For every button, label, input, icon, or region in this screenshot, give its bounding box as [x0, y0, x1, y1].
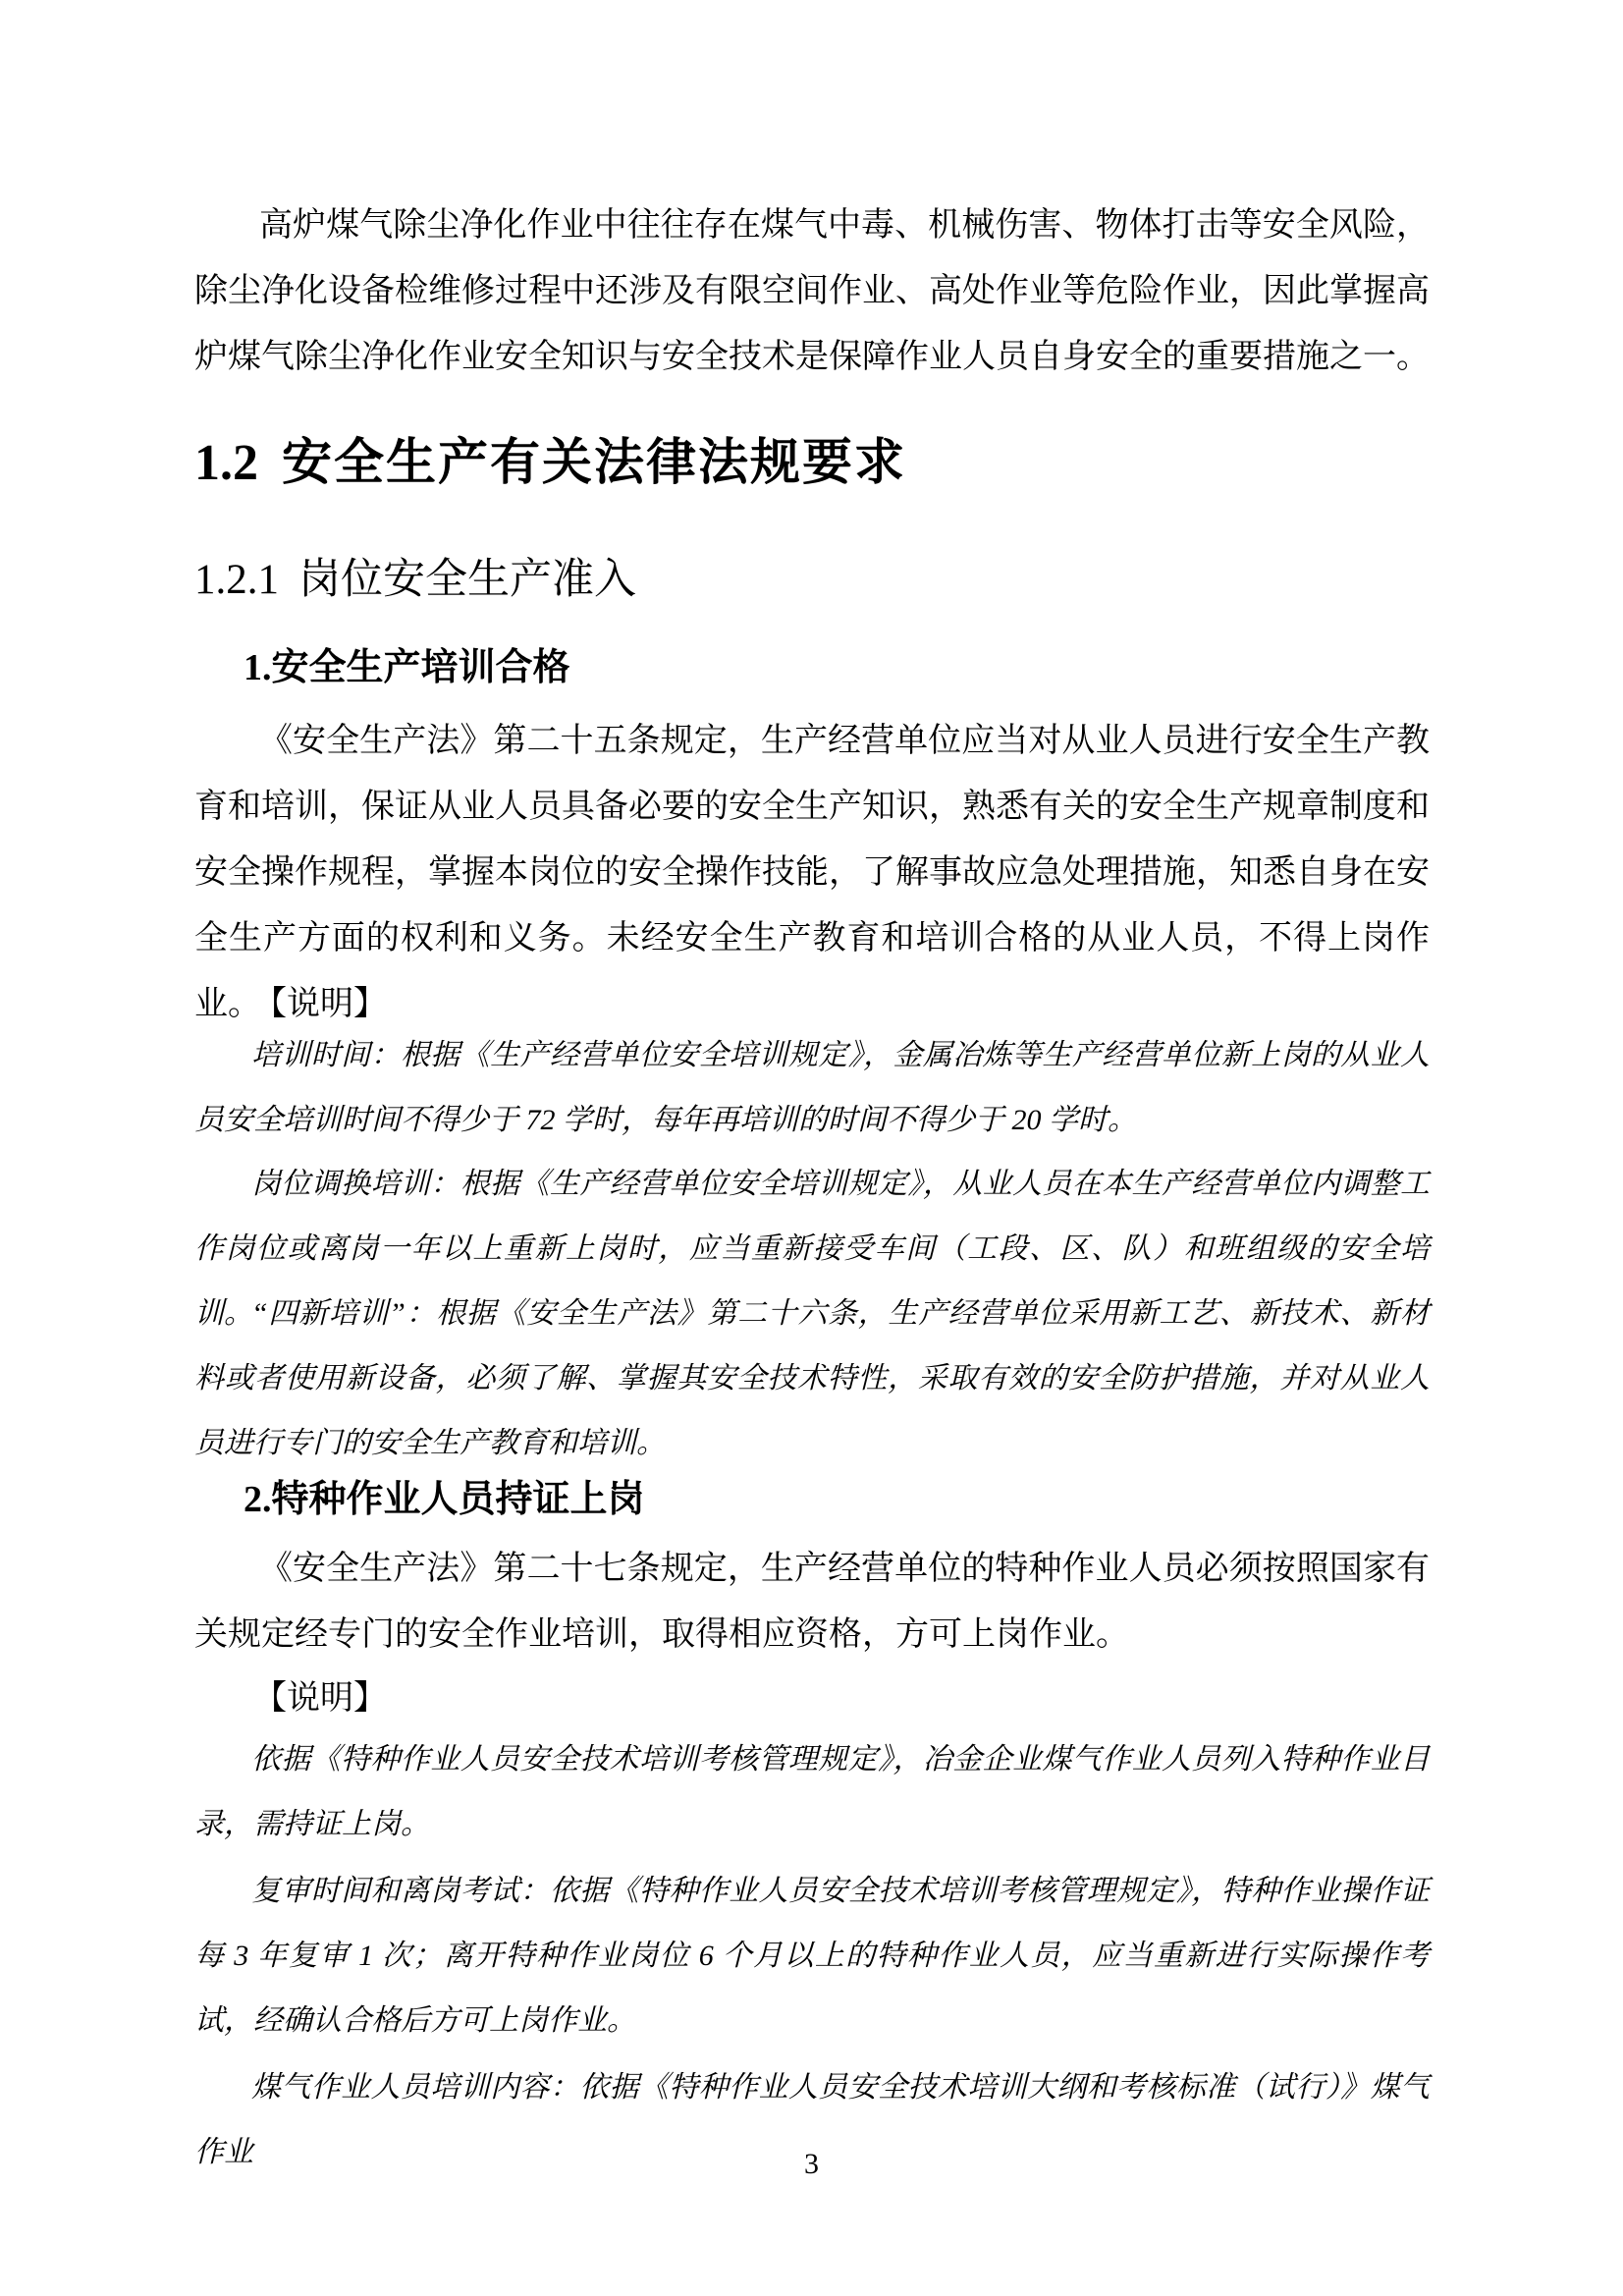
item2-note-special-operation-catalog: 依据《特种作业人员安全技术培训考核管理规定》，冶金企业煤气作业人员列入特种作业目… — [194, 1727, 1430, 1857]
section-heading-1-2: 1.2安全生产有关法律法规要求 — [194, 432, 1430, 506]
item1-heading: 1.安全生产培训合格 — [194, 644, 1430, 691]
page-number: 3 — [0, 2147, 1623, 2182]
item2-note-review-time-exam: 复审时间和离岗考试：依据《特种作业人员安全技术培训考核管理规定》，特种作业操作证… — [194, 1859, 1430, 2053]
item2-body-paragraph: 《安全生产法》第二十七条规定，生产经营单位的特种作业人员必须按照国家有关规定经专… — [194, 1536, 1430, 1667]
subsection-title: 岗位安全生产准入 — [298, 557, 636, 603]
item2-note-label: 【说明】 — [194, 1666, 1430, 1731]
item1-note-four-new-training: “四新培训”：根据《安全生产法》第二十六条，生产经营单位采用新工艺、新技术、新材… — [194, 1282, 1430, 1476]
item1-note-training-time: 培训时间：根据《生产经营单位安全培训规定》，金属冶炼等生产经营单位新上岗的从业人… — [194, 1023, 1430, 1153]
subsection-number: 1.2.1 — [194, 557, 279, 603]
section-number: 1.2 — [194, 435, 258, 491]
subsection-heading-1-2-1: 1.2.1岗位安全生产准入 — [194, 554, 1430, 607]
intro-paragraph: 高炉煤气除尘净化作业中往往存在煤气中毒、机械伤害、物体打击等安全风险，除尘净化设… — [194, 192, 1430, 390]
section-title: 安全生产有关法律法规要求 — [282, 434, 906, 490]
document-page: 高炉煤气除尘净化作业中往往存在煤气中毒、机械伤害、物体打击等安全风险，除尘净化设… — [0, 0, 1623, 2296]
item2-heading: 2.特种作业人员持证上岗 — [194, 1476, 1430, 1523]
